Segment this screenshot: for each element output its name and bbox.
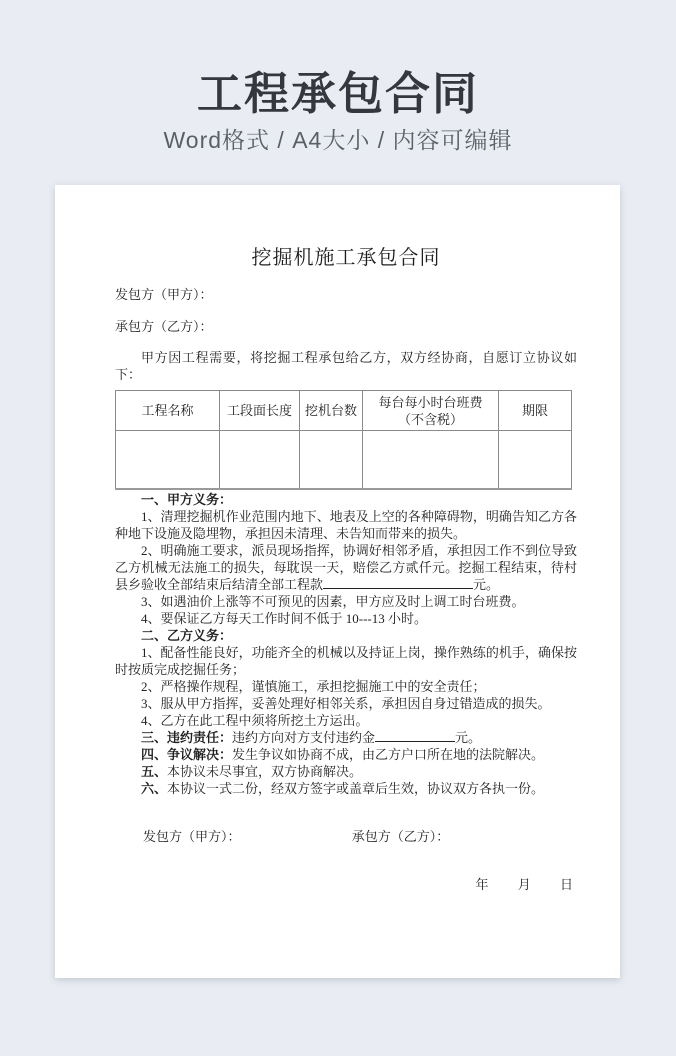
- clause-paragraph: 3、服从甲方指挥，妥善处理好相邻关系，承担因自身过错造成的损失。: [115, 695, 577, 712]
- intro-paragraph: 甲方因工程需要，将挖掘工程承包给乙方，双方经协商，自愿订立协议如下：: [115, 349, 577, 383]
- clause-paragraph: 五、本协议未尽事宜，双方协商解决。: [115, 763, 577, 780]
- table-header-row: 工程名称工段面长度挖机台数每台每小时台班费（不含税）期限: [116, 391, 572, 431]
- date-year-label: 年: [475, 877, 488, 892]
- clause-heading: 三、违约责任：: [141, 730, 232, 745]
- clause-heading: 四、争议解决：: [141, 747, 232, 762]
- clause-paragraph: 二、乙方义务：: [115, 627, 577, 644]
- table-header-cell: 工段面长度: [220, 391, 300, 431]
- clause-paragraph: 一、甲方义务：: [115, 491, 577, 508]
- clause-paragraph: 1、配备性能良好，功能齐全的机械以及持证上岗，操作熟练的机手，确保按时按质完成挖…: [115, 644, 577, 678]
- signature-row: 发包方（甲方）： 承包方（乙方）：: [115, 828, 577, 845]
- party-b-label: 承包方（乙方）：: [115, 318, 577, 335]
- document-title: 挖掘机施工承包合同: [115, 245, 577, 271]
- clause-paragraph: 三、违约责任：违约方向对方支付违约金元。: [115, 729, 577, 746]
- table-body-row: [116, 431, 572, 489]
- document-page: 挖掘机施工承包合同 发包方（甲方）： 承包方（乙方）： 甲方因工程需要，将挖掘工…: [55, 185, 620, 978]
- fill-in-blank-line: [375, 729, 455, 742]
- party-a-label: 发包方（甲方）：: [115, 286, 577, 303]
- clause-heading: 二、乙方义务：: [141, 628, 232, 643]
- table-header-cell: 工程名称: [116, 391, 220, 431]
- clause-paragraph: 4、乙方在此工程中须将所挖土方运出。: [115, 712, 577, 729]
- table-header-cell: 期限: [499, 391, 572, 431]
- clause-paragraph: 2、明确施工要求，派员现场指挥，协调好相邻矛盾，承担因工作不到位导致乙方机械无法…: [115, 542, 577, 593]
- date-row: 年 月 日: [115, 876, 577, 893]
- table-header-cell: 挖机台数: [300, 391, 363, 431]
- clause-paragraph: 四、争议解决：发生争议如协商不成，由乙方户口所在地的法院解决。: [115, 746, 577, 763]
- banner: 工程承包合同 Word格式 / A4大小 / 内容可编辑: [0, 0, 676, 153]
- clause-heading: 一、甲方义务：: [141, 492, 232, 507]
- date-month-label: 月: [518, 877, 531, 892]
- table-body-cell: [363, 431, 499, 489]
- date-day-label: 日: [560, 877, 573, 892]
- table-header-cell: 每台每小时台班费（不含税）: [363, 391, 499, 431]
- contract-table: 工程名称工段面长度挖机台数每台每小时台班费（不含税）期限: [115, 390, 572, 490]
- signature-party-b-label: 承包方（乙方）：: [352, 829, 450, 844]
- clause-paragraph: 六、本协议一式二份，经双方签字或盖章后生效，协议双方各执一份。: [115, 780, 577, 797]
- clause-paragraph: 2、严格操作规程，谨慎施工，承担挖掘施工中的安全责任；: [115, 678, 577, 695]
- clause-paragraph: 3、如遇油价上涨等不可预见的因素，甲方应及时上调工时台班费。: [115, 593, 577, 610]
- banner-subtitle: Word格式 / A4大小 / 内容可编辑: [0, 127, 676, 153]
- clause-heading: 五、: [141, 764, 167, 779]
- clause-heading: 六、: [141, 781, 167, 796]
- clause-paragraph: 4、要保证乙方每天工作时间不低于 10---13 小时。: [115, 610, 577, 627]
- fill-in-blank-line: [323, 576, 473, 589]
- clause-paragraph: 1、清理挖掘机作业范围内地下、地表及上空的各种障碍物，明确告知乙方各种地下设施及…: [115, 508, 577, 542]
- signature-party-a-label: 发包方（甲方）：: [143, 829, 241, 844]
- clauses-section: 一、甲方义务：1、清理挖掘机作业范围内地下、地表及上空的各种障碍物，明确告知乙方…: [115, 491, 577, 797]
- table-body-cell: [220, 431, 300, 489]
- table-body-cell: [300, 431, 363, 489]
- banner-title: 工程承包合同: [0, 70, 676, 118]
- table-body-cell: [116, 431, 220, 489]
- table-body-cell: [499, 431, 572, 489]
